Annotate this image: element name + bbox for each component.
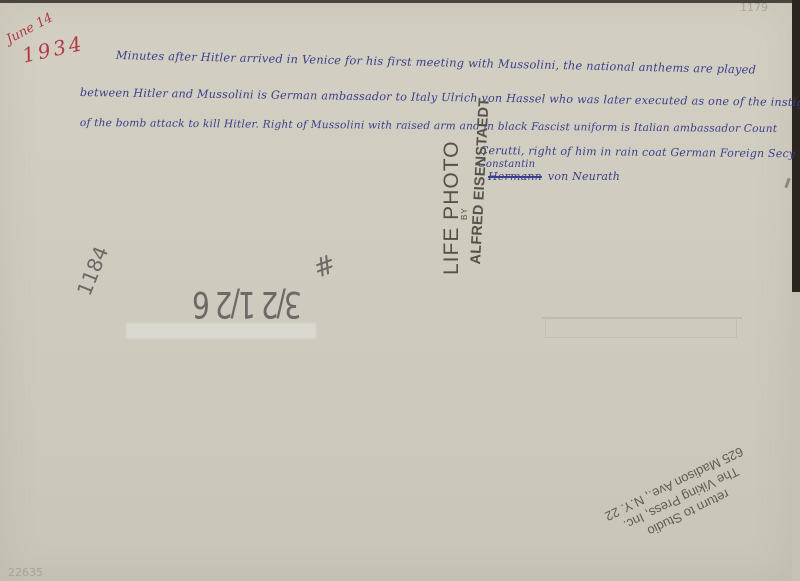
archive-number-top: 1179 (740, 1, 768, 14)
scuff-outline (545, 319, 737, 338)
archive-number-bottom: 22635 (8, 566, 43, 579)
pencil-fraction: 3/2 1/2 6 (194, 283, 302, 326)
right-edge-paper (792, 292, 800, 581)
struck-name: Hermann (488, 170, 542, 183)
credit-stamp-by: BY (460, 207, 469, 220)
surname: von Neurath (548, 170, 620, 183)
caption-line-6: Hermannvon Neurath (488, 170, 620, 183)
right-edge-shadow (792, 0, 800, 292)
